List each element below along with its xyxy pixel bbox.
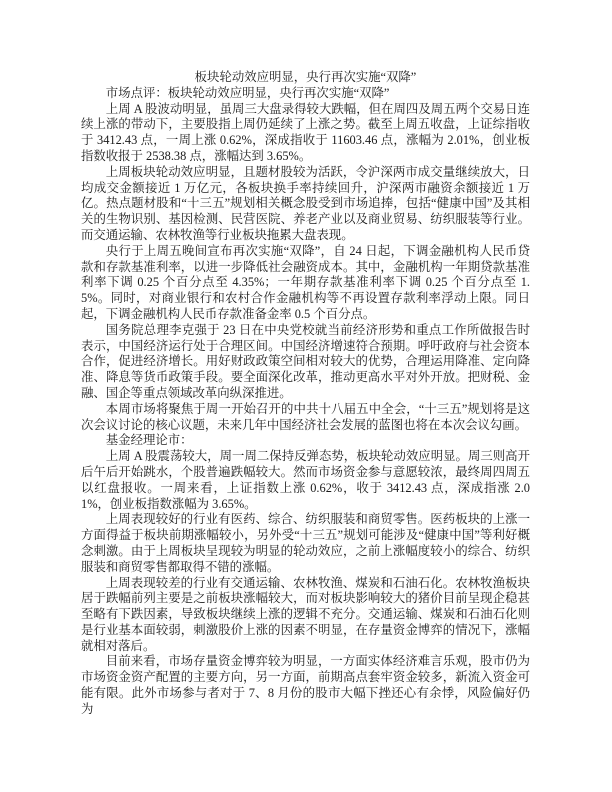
paragraph-market-outlook: 目前来看，市场存量资金博弈较为明显，一方面实体经济难言乐观，股市仍为市场资金资产… [81, 654, 530, 717]
paragraph-plenum-focus: 本周市场将聚焦于周一开始召开的中共十八届五中全会，“十三五”规划将是这次会议讨论… [81, 402, 530, 434]
document-title: 板块轮动效应明显，央行再次实施“双降” [81, 70, 530, 86]
paragraph-sector-rotation: 上周板块轮动效应明显，且题材股较为活跃，令沪深两市成交量继续放大，日均成交金额接… [81, 165, 530, 244]
paragraph-worst-sectors: 上周表现较差的行业有交通运输、农林牧渔、煤炭和石油石化。农林牧渔板块居于跌幅前列… [81, 576, 530, 655]
paragraph-weekly-index-summary: 上周 A 股波动明显，虽周三大盘录得较大跌幅，但在周四及周五两个交易日连续上涨的… [81, 102, 530, 165]
document-page: 板块轮动效应明显，央行再次实施“双降” 市场点评：板块轮动效应明显，央行再次实施… [0, 0, 612, 792]
document-body: 市场点评：板块轮动效应明显，央行再次实施“双降” 上周 A 股波动明显，虽周三大… [81, 86, 530, 718]
paragraph-pboc-double-cut: 央行于上周五晚间宣布再次实施“双降”，自 24 日起，下调金融机构人民币贷款和存… [81, 244, 530, 323]
paragraph-fund-manager-heading: 基金经理论市： [81, 433, 530, 449]
paragraph-best-sectors: 上周表现较好的行业有医药、综合、纺织服装和商贸零售。医药板块的上涨一方面得益于板… [81, 512, 530, 575]
paragraph-premier-report: 国务院总理李克强于 23 日在中央党校就当前经济形势和重点工作所做报告时表示，中… [81, 323, 530, 402]
paragraph-market-comment-heading: 市场点评：板块轮动效应明显，央行再次实施“双降” [81, 86, 530, 102]
paragraph-weekly-volatility: 上周 A 股震荡较大，周一周二保持反弹态势，板块轮动效应明显。周三则高开后午后开… [81, 449, 530, 512]
